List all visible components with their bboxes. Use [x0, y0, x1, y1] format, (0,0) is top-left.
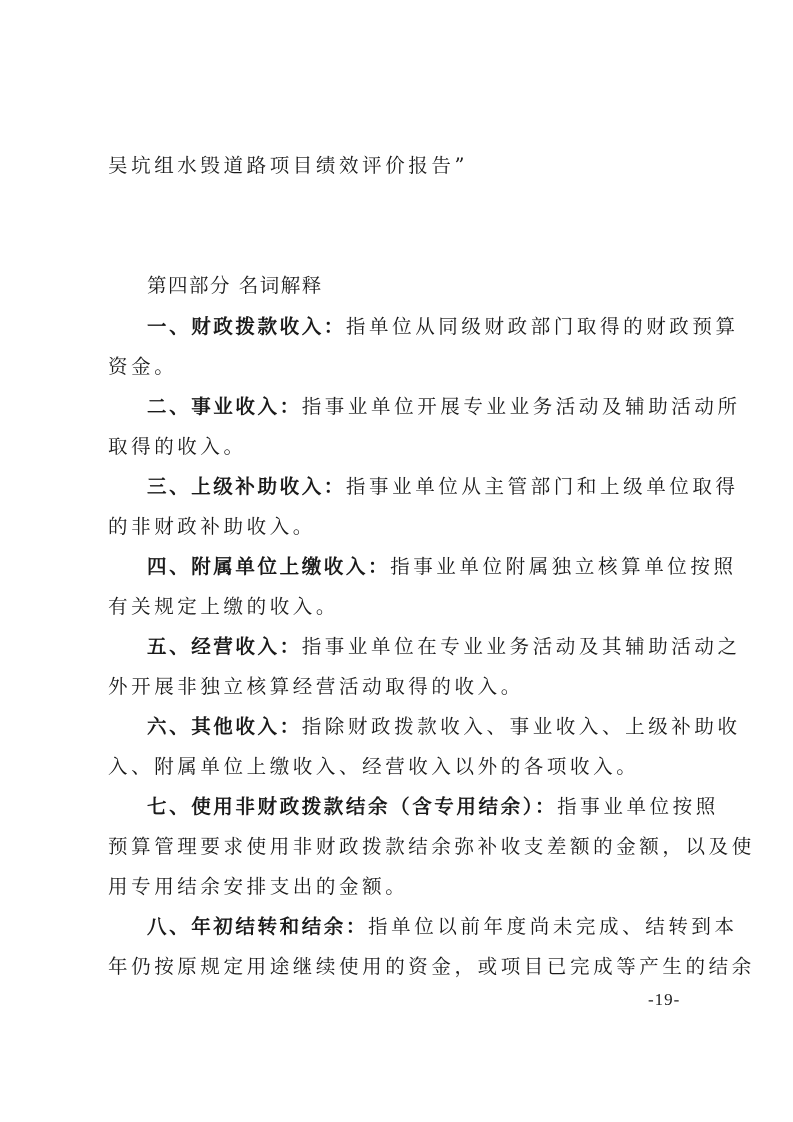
document-page: 吴坑组水毁道路项目绩效评价报告” 第四部分 名词解释 一、财政拨款收入：指单位从…: [0, 0, 793, 1122]
term-5-label: 五、经营收入：: [147, 635, 302, 658]
section-heading: 第四部分 名词解释: [147, 271, 698, 301]
term-3: 三、上级补助收入：指事业单位从主管部门和上级单位取得: [147, 472, 698, 502]
term-5-cont: 外开展非独立核算经营活动取得的收入。: [108, 672, 698, 702]
term-3-def: 指事业单位从主管部门和上级单位取得: [346, 475, 739, 498]
term-3-label: 三、上级补助收入：: [147, 475, 346, 498]
page-number: -19-: [648, 990, 680, 1010]
term-2-label: 二、事业收入：: [147, 395, 302, 418]
term-1-cont: 资金。: [108, 352, 698, 382]
term-6-def: 指除财政拨款收入、事业收入、上级补助收: [302, 715, 741, 738]
term-8-label: 八、年初结转和结余：: [147, 915, 368, 938]
term-1: 一、财政拨款收入：指单位从同级财政部门取得的财政预算: [147, 312, 698, 342]
term-7-def: 指事业单位按照: [557, 795, 719, 818]
term-8-def: 指单位以前年度尚未完成、结转到本: [368, 915, 738, 938]
term-7-cont-2: 用专用结余安排支出的金额。: [108, 872, 698, 902]
term-7-label: 七、使用非财政拨款结余（含专用结余）：: [147, 795, 557, 818]
term-2-cont: 取得的收入。: [108, 432, 698, 462]
term-8: 八、年初结转和结余：指单位以前年度尚未完成、结转到本: [147, 912, 698, 942]
term-4-def: 指事业单位附属独立核算单位按照: [390, 555, 737, 578]
term-6-cont: 入、附属单位上缴收入、经营收入以外的各项收入。: [108, 752, 698, 782]
term-4: 四、附属单位上缴收入：指事业单位附属独立核算单位按照: [147, 552, 698, 582]
term-8-cont: 年仍按原规定用途继续使用的资金，或项目已完成等产生的结余: [108, 952, 698, 982]
term-2-def: 指事业单位开展专业业务活动及辅助活动所: [302, 395, 741, 418]
term-7-cont-1: 预算管理要求使用非财政拨款结余弥补收支差额的金额，以及使: [108, 832, 698, 862]
term-4-cont: 有关规定上缴的收入。: [108, 592, 698, 622]
term-5: 五、经营收入：指事业单位在专业业务活动及其辅助活动之: [147, 632, 698, 662]
term-6-label: 六、其他收入：: [147, 715, 302, 738]
term-1-def: 指单位从同级财政部门取得的财政预算: [346, 315, 739, 338]
term-4-label: 四、附属单位上缴收入：: [147, 555, 390, 578]
term-1-label: 一、财政拨款收入：: [147, 315, 346, 338]
term-6: 六、其他收入：指除财政拨款收入、事业收入、上级补助收: [147, 712, 698, 742]
term-2: 二、事业收入：指事业单位开展专业业务活动及辅助活动所: [147, 392, 698, 422]
continuation-line: 吴坑组水毁道路项目绩效评价报告”: [108, 151, 698, 181]
term-3-cont: 的非财政补助收入。: [108, 512, 698, 542]
term-5-def: 指事业单位在专业业务活动及其辅助活动之: [302, 635, 741, 658]
term-7: 七、使用非财政拨款结余（含专用结余）：指事业单位按照: [147, 792, 698, 822]
